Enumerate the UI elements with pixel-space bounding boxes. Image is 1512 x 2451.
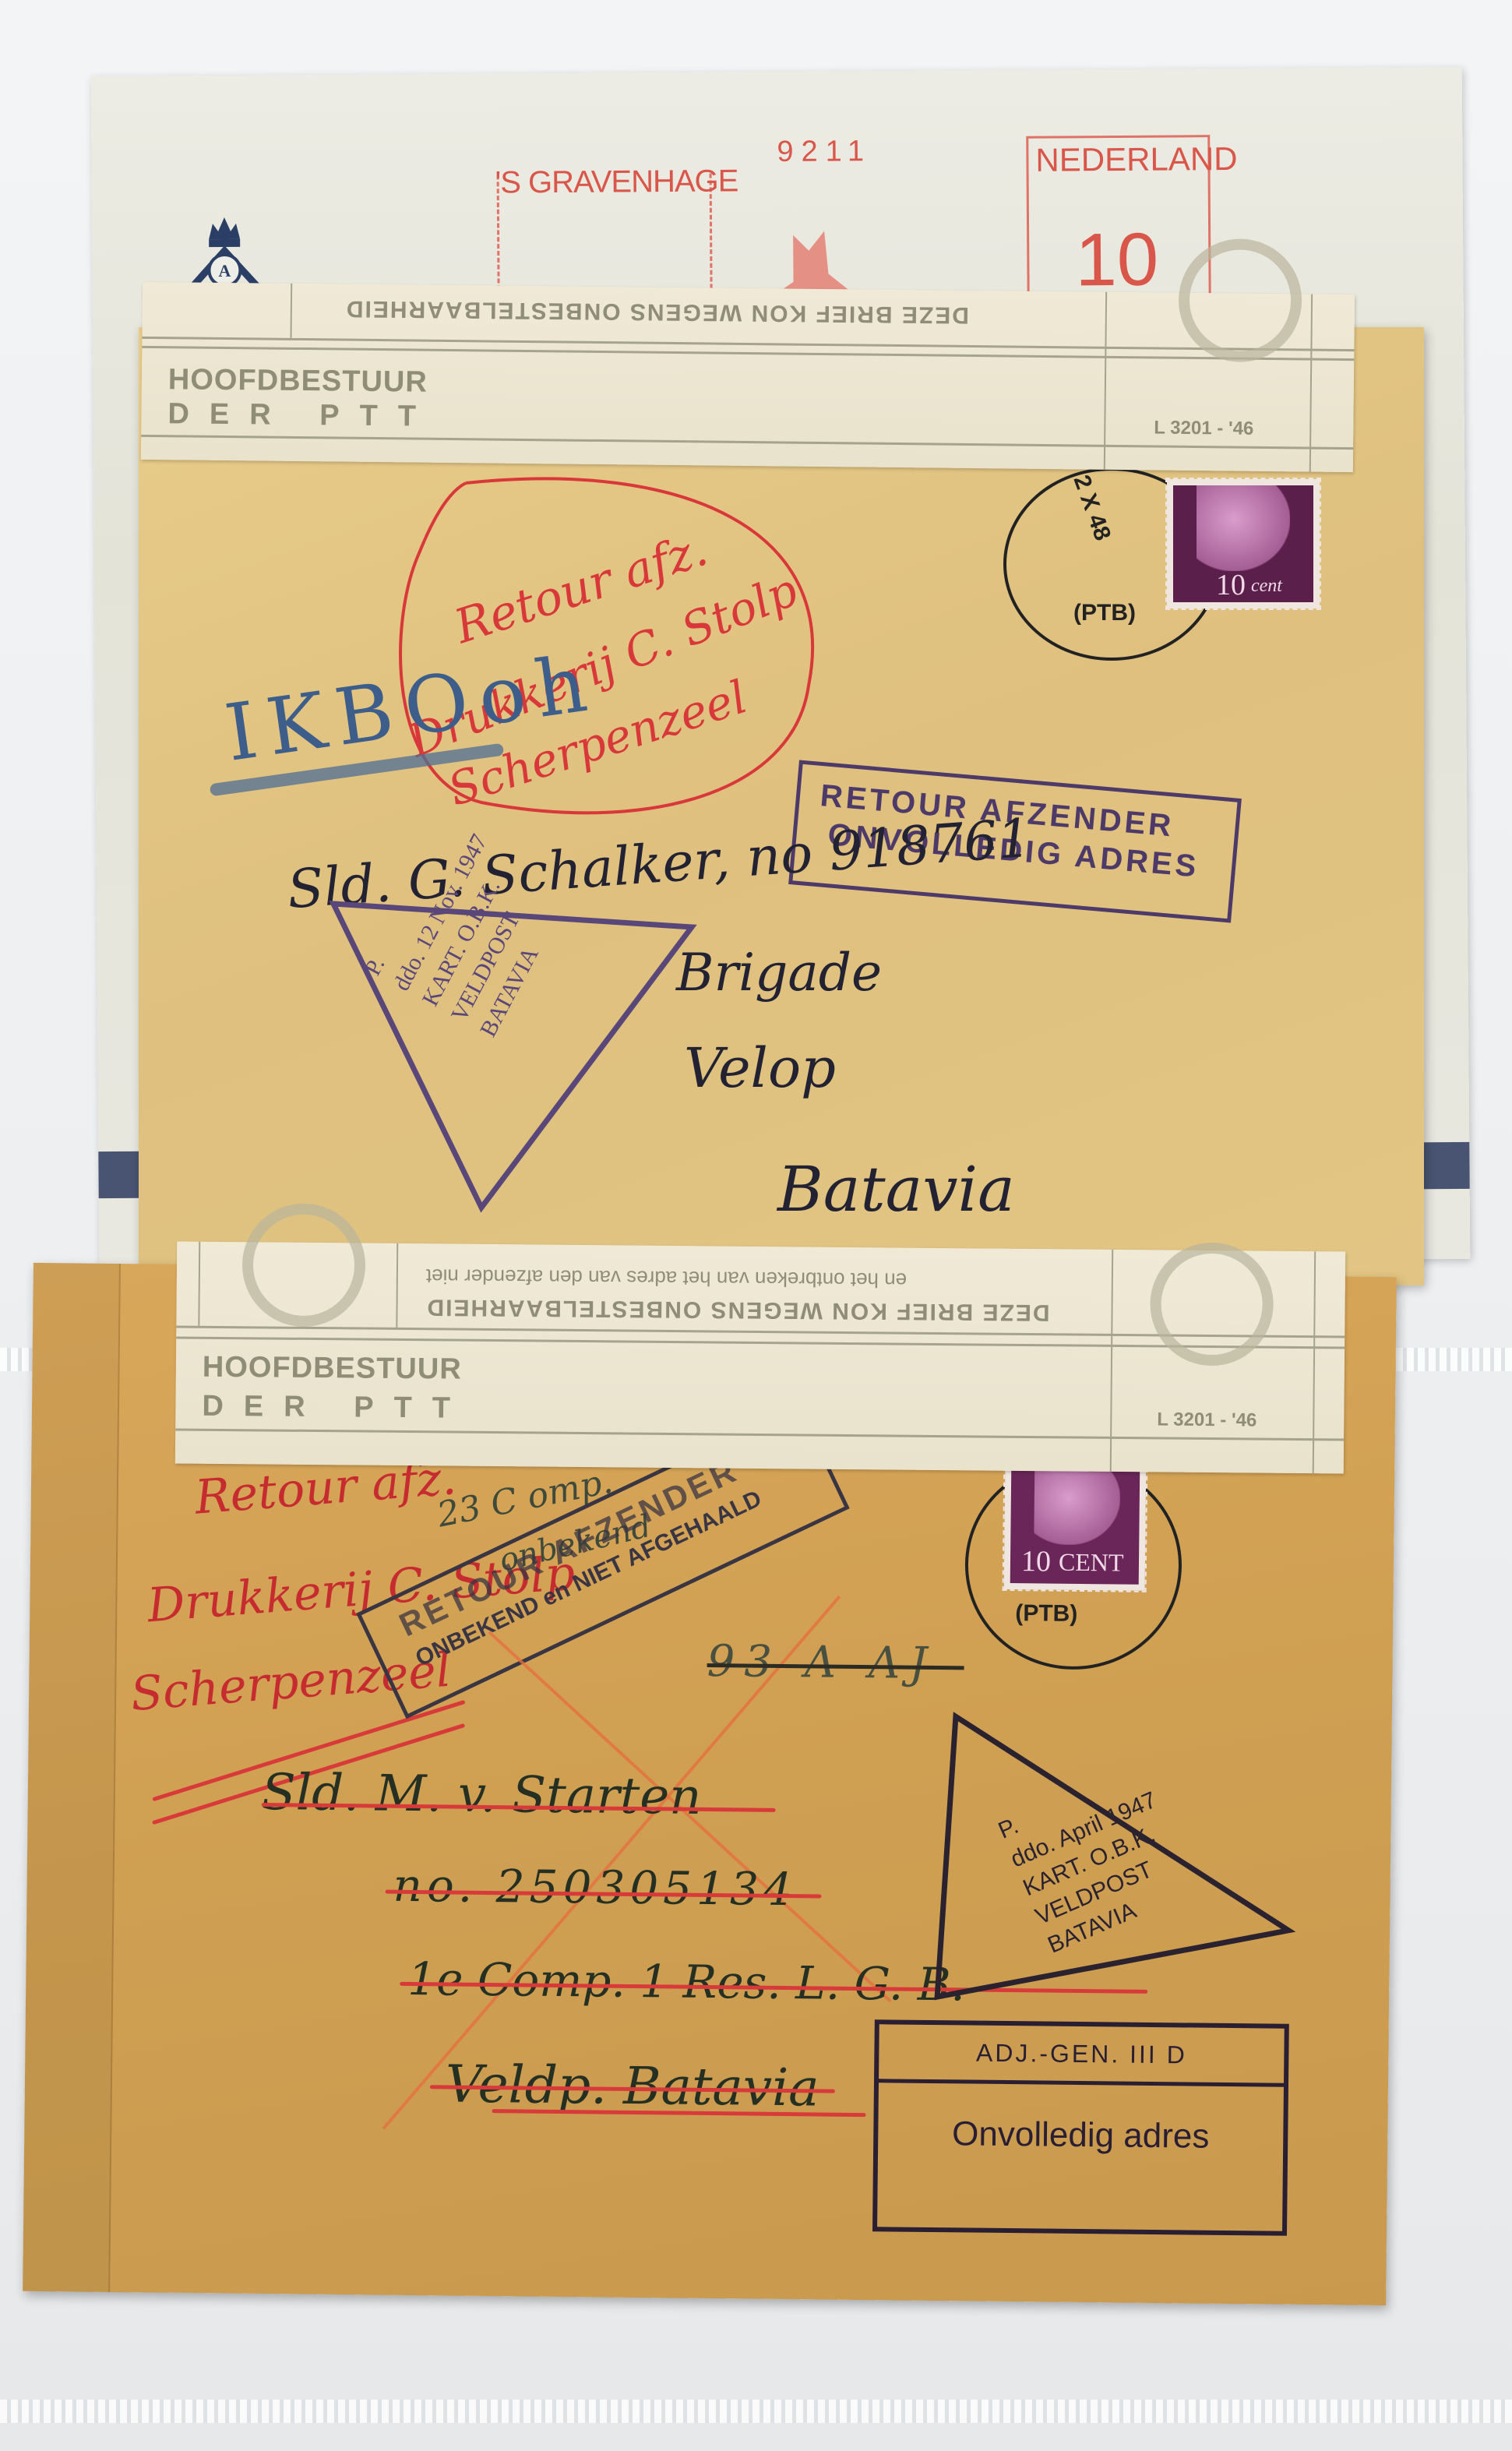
meter-value: 10 (1075, 217, 1159, 304)
postage-stamp-queen: 10 CENT (1004, 1460, 1147, 1591)
stamp-value: 10 (1216, 568, 1246, 602)
label-upside-text-2: en het ontbreken van het adres van den a… (426, 1264, 907, 1292)
label-upside-text: DEZE BRIEF KON WEGENS ONBESTELBAARHEID (345, 295, 969, 328)
label-vrule (290, 284, 292, 338)
postmark-office: (PTB) (1073, 600, 1136, 626)
label-vrule (1104, 292, 1107, 470)
label-vrule (396, 1243, 398, 1328)
label-form-code: L 3201 - '46 (1154, 417, 1253, 439)
ptt-seal-icon (1150, 1242, 1274, 1366)
label-upside-text-1: DEZE BRIEF KON WEGENS ONBESTELBAARHEID (425, 1293, 1049, 1325)
postage-stamp-queen: 10 cent (1167, 479, 1320, 608)
stamp-unit: cent (1251, 576, 1282, 597)
stamp-value: 10 (1021, 1544, 1051, 1578)
label-hoofdbestuur: HOOFDBESTUUR (168, 363, 428, 399)
ptt-seal-icon (241, 1203, 365, 1327)
label-der-ptt: DER PTT (202, 1390, 471, 1426)
stamp-unit: CENT (1059, 1548, 1124, 1578)
envelope-flap-edge (23, 1263, 121, 2292)
queen-portrait (1197, 485, 1290, 571)
address-line-4: Batavia (777, 1153, 1015, 1225)
label-vrule (198, 1242, 200, 1326)
logo-letter-top: A (218, 261, 231, 281)
onvolledig-adres-text: Onvolledig adres (878, 2114, 1283, 2157)
address-line-2: Brigade (676, 943, 882, 1003)
postmark-office: (PTB) (1015, 1600, 1077, 1628)
meter-town: 'S GRAVENHAGE (495, 164, 738, 200)
ptt-seal-icon (1178, 238, 1302, 363)
meter-country: NEDERLAND (1035, 140, 1237, 179)
address-line-3: Velop (684, 1036, 836, 1100)
address-line-1: Sld. M. v. Starten (261, 1764, 701, 1826)
ptt-undeliverable-label-1: DEZE BRIEF KON WEGENS ONBESTELBAARHEID H… (141, 282, 1355, 472)
adj-gen-header: ADJ.-GEN. III D (879, 2024, 1285, 2086)
sleeve-hinge-lower (0, 2400, 1512, 2423)
ptt-undeliverable-label-2: DEZE BRIEF KON WEGENS ONBESTELBAARHEID e… (175, 1241, 1345, 1473)
label-hoofdbestuur: HOOFDBESTUUR (203, 1351, 462, 1387)
meter-number: 9211 (777, 135, 872, 169)
queen-portrait (1034, 1466, 1120, 1545)
pencil-number: 93 A AJ (707, 1636, 936, 1689)
address-line-3: 1e Comp. 1 Res. L. G. B. (407, 1952, 965, 2011)
adj-gen-box-stamp: ADJ.-GEN. III D Onvolledig adres (872, 2019, 1289, 2236)
label-vrule (1309, 294, 1313, 472)
address-line-2: no. 250305134 (393, 1859, 797, 1916)
label-der-ptt: DER PTT (167, 397, 436, 434)
label-form-code: L 3201 - '46 (1157, 1409, 1256, 1431)
